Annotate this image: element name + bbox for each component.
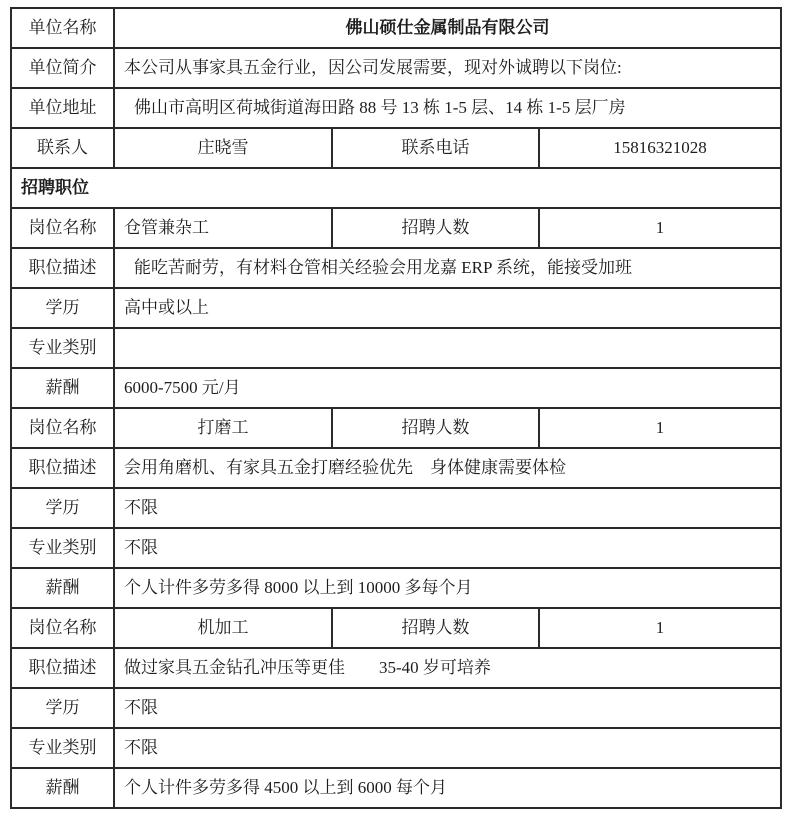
- company-name-value: 佛山硕仕金属制品有限公司: [114, 8, 781, 48]
- job3-major-row: 专业类别 不限: [11, 728, 781, 768]
- salary-label: 薪酬: [11, 768, 114, 808]
- job2-major-value: 不限: [114, 528, 781, 568]
- job3-title-row: 岗位名称 机加工 招聘人数 1: [11, 608, 781, 648]
- company-name-label: 单位名称: [11, 8, 114, 48]
- major-label: 专业类别: [11, 328, 114, 368]
- job2-education-value: 不限: [114, 488, 781, 528]
- job2-description-row: 职位描述 会用角磨机、有家具五金打磨经验优先 身体健康需要体检: [11, 448, 781, 488]
- salary-label: 薪酬: [11, 368, 114, 408]
- description-label: 职位描述: [11, 448, 114, 488]
- job2-title-row: 岗位名称 打磨工 招聘人数 1: [11, 408, 781, 448]
- company-name-row: 单位名称 佛山硕仕金属制品有限公司: [11, 8, 781, 48]
- job1-education-row: 学历 高中或以上: [11, 288, 781, 328]
- description-label: 职位描述: [11, 248, 114, 288]
- job3-headcount-value: 1: [539, 608, 781, 648]
- job1-headcount-value: 1: [539, 208, 781, 248]
- job2-salary-value: 个人计件多劳多得 8000 以上到 10000 多每个月: [114, 568, 781, 608]
- phone-label: 联系电话: [332, 128, 539, 168]
- job1-description-row: 职位描述 能吃苦耐劳，有材料仓管相关经验会用龙嘉 ERP 系统，能接受加班: [11, 248, 781, 288]
- recruitment-document: 单位名称 佛山硕仕金属制品有限公司 单位简介 本公司从事家具五金行业，因公司发展…: [0, 0, 792, 817]
- major-label: 专业类别: [11, 728, 114, 768]
- job1-education-value: 高中或以上: [114, 288, 781, 328]
- company-address-label: 单位地址: [11, 88, 114, 128]
- job3-major-value: 不限: [114, 728, 781, 768]
- job2-headcount-value: 1: [539, 408, 781, 448]
- job1-salary-row: 薪酬 6000-7500 元/月: [11, 368, 781, 408]
- jobs-section-header: 招聘职位: [11, 168, 781, 208]
- company-intro-value: 本公司从事家具五金行业，因公司发展需要，现对外诚聘以下岗位:: [114, 48, 781, 88]
- job3-description-row: 职位描述 做过家具五金钻孔冲压等更佳 35-40 岁可培养: [11, 648, 781, 688]
- job-title-label: 岗位名称: [11, 408, 114, 448]
- job2-education-row: 学历 不限: [11, 488, 781, 528]
- job-title-label: 岗位名称: [11, 208, 114, 248]
- recruitment-table: 单位名称 佛山硕仕金属制品有限公司 单位简介 本公司从事家具五金行业，因公司发展…: [10, 7, 782, 809]
- job1-description-value: 能吃苦耐劳，有材料仓管相关经验会用龙嘉 ERP 系统，能接受加班: [114, 248, 781, 288]
- job1-salary-value: 6000-7500 元/月: [114, 368, 781, 408]
- phone-value: 15816321028: [539, 128, 781, 168]
- education-label: 学历: [11, 488, 114, 528]
- headcount-label: 招聘人数: [332, 608, 539, 648]
- contact-label: 联系人: [11, 128, 114, 168]
- job3-title-value: 机加工: [114, 608, 332, 648]
- job2-description-value: 会用角磨机、有家具五金打磨经验优先 身体健康需要体检: [114, 448, 781, 488]
- job-title-label: 岗位名称: [11, 608, 114, 648]
- company-intro-label: 单位简介: [11, 48, 114, 88]
- education-label: 学历: [11, 688, 114, 728]
- job2-salary-row: 薪酬 个人计件多劳多得 8000 以上到 10000 多每个月: [11, 568, 781, 608]
- description-label: 职位描述: [11, 648, 114, 688]
- company-address-row: 单位地址 佛山市高明区荷城街道海田路 88 号 13 栋 1-5 层、14 栋 …: [11, 88, 781, 128]
- job3-education-value: 不限: [114, 688, 781, 728]
- job3-salary-row: 薪酬 个人计件多劳多得 4500 以上到 6000 每个月: [11, 768, 781, 808]
- job1-title-row: 岗位名称 仓管兼杂工 招聘人数 1: [11, 208, 781, 248]
- job1-major-value: [114, 328, 781, 368]
- salary-label: 薪酬: [11, 568, 114, 608]
- job1-major-row: 专业类别: [11, 328, 781, 368]
- education-label: 学历: [11, 288, 114, 328]
- job3-salary-value: 个人计件多劳多得 4500 以上到 6000 每个月: [114, 768, 781, 808]
- job2-major-row: 专业类别 不限: [11, 528, 781, 568]
- jobs-section-row: 招聘职位: [11, 168, 781, 208]
- contact-name-value: 庄晓雪: [114, 128, 332, 168]
- headcount-label: 招聘人数: [332, 408, 539, 448]
- headcount-label: 招聘人数: [332, 208, 539, 248]
- contact-row: 联系人 庄晓雪 联系电话 15816321028: [11, 128, 781, 168]
- job2-title-value: 打磨工: [114, 408, 332, 448]
- company-address-value: 佛山市高明区荷城街道海田路 88 号 13 栋 1-5 层、14 栋 1-5 层…: [114, 88, 781, 128]
- job1-title-value: 仓管兼杂工: [114, 208, 332, 248]
- job3-education-row: 学历 不限: [11, 688, 781, 728]
- company-intro-row: 单位简介 本公司从事家具五金行业，因公司发展需要，现对外诚聘以下岗位:: [11, 48, 781, 88]
- major-label: 专业类别: [11, 528, 114, 568]
- job3-description-value: 做过家具五金钻孔冲压等更佳 35-40 岁可培养: [114, 648, 781, 688]
